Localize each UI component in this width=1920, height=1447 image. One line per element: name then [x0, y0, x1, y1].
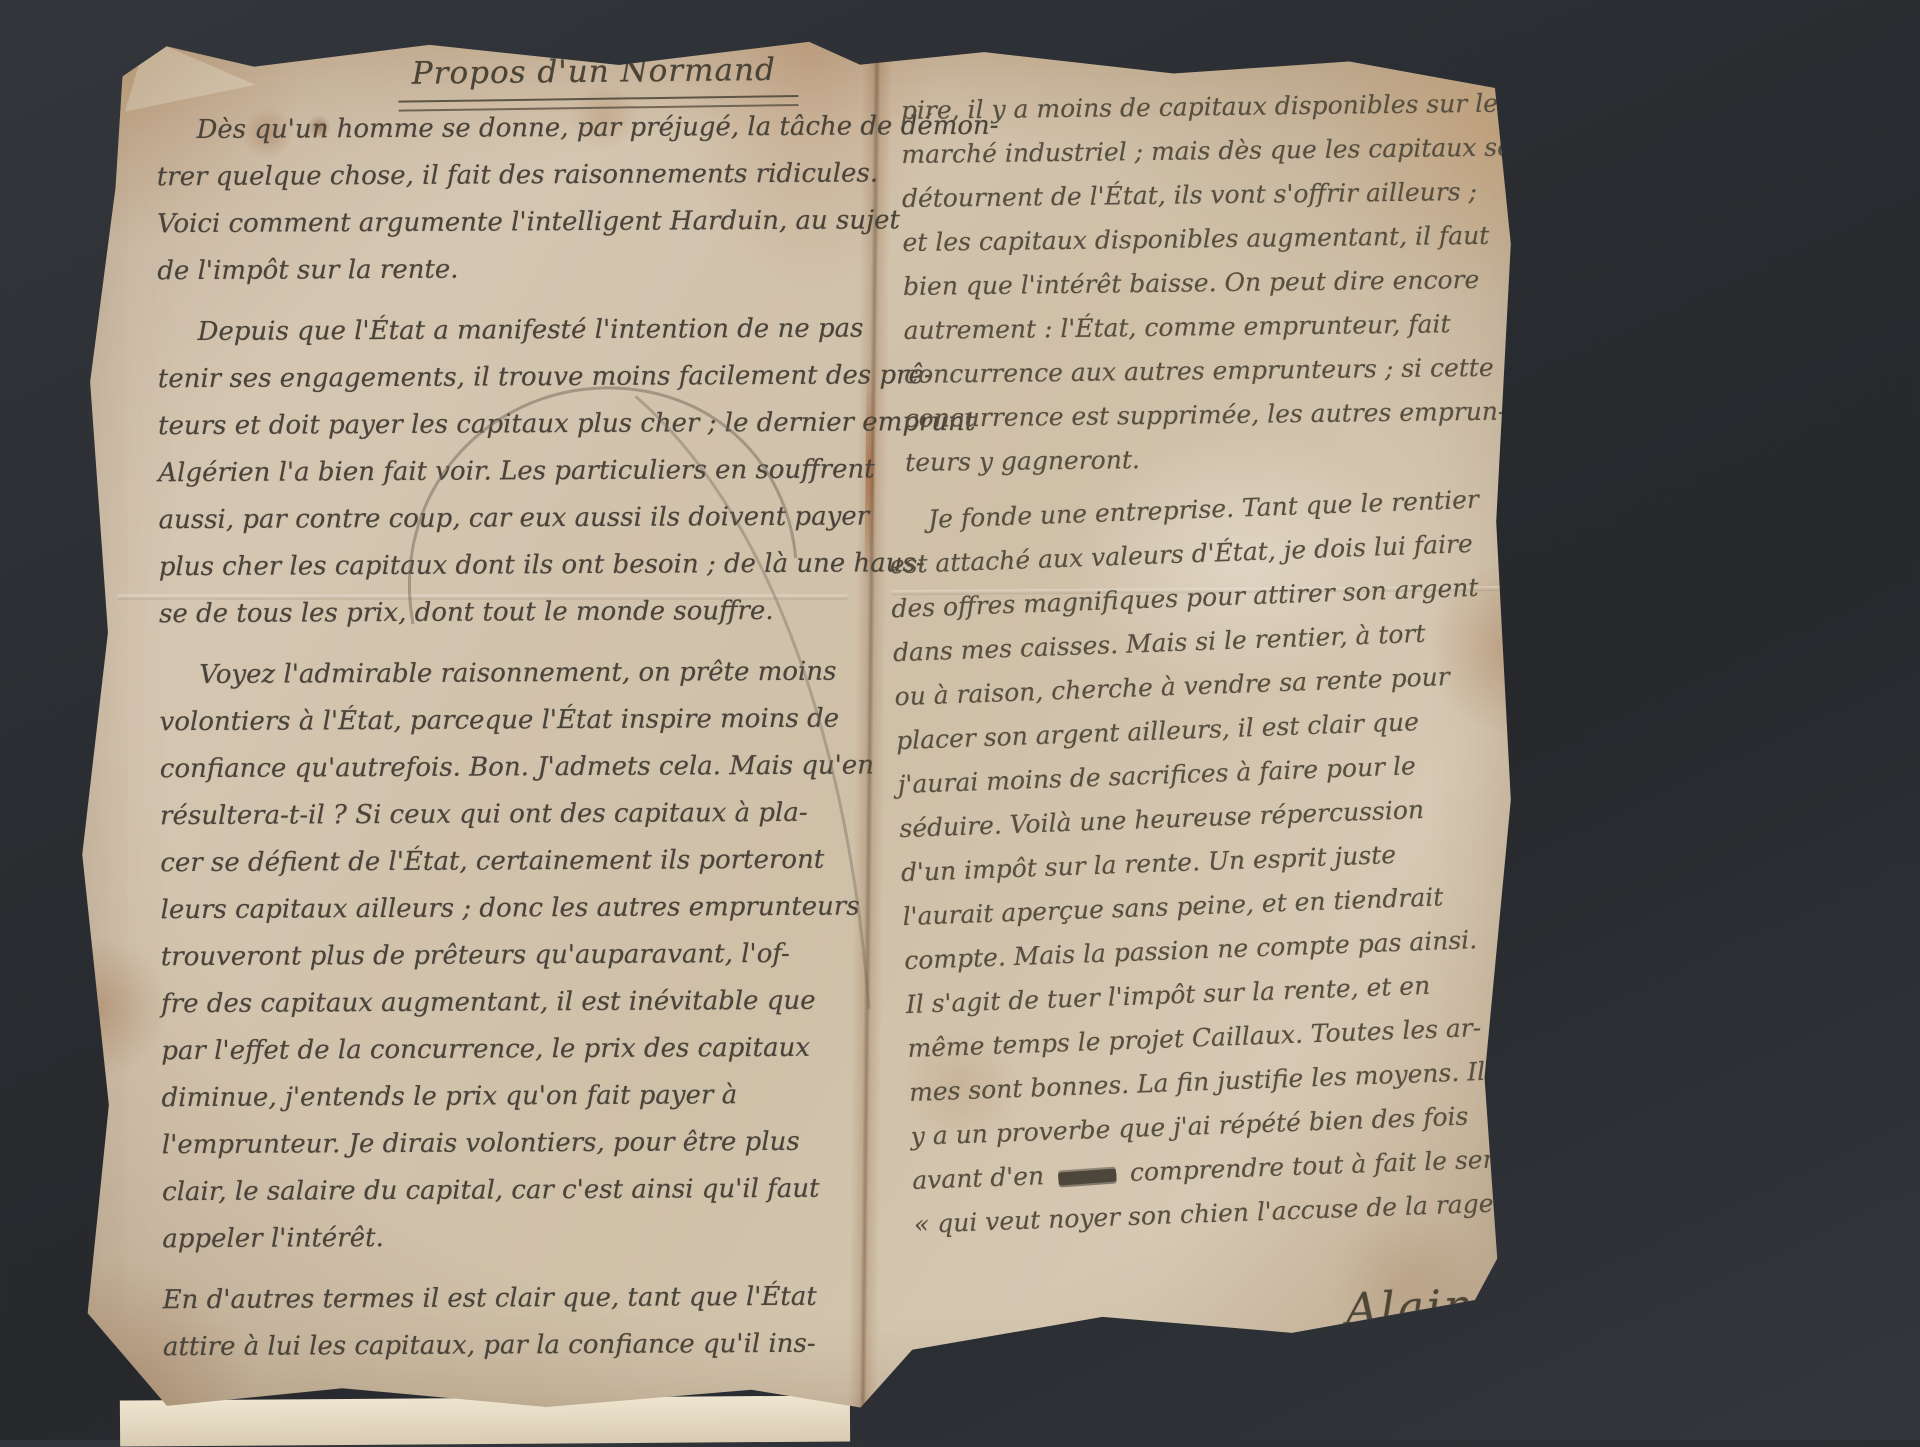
- handwritten-line: l'emprunteur. Je dirais volontiers, pour…: [162, 1118, 932, 1169]
- handwritten-line: tenir ses engagements, il trouve moins f…: [158, 352, 928, 403]
- paragraph: Depuis que l'État a manifesté l'intentio…: [157, 305, 929, 638]
- handwritten-line: Dès qu'un homme se donne, par préjugé, l…: [156, 103, 926, 154]
- handwritten-line: détournent de l'État, ils vont s'offrir …: [902, 169, 1522, 221]
- handwritten-line: plus cher les capitaux dont ils ont beso…: [159, 540, 929, 591]
- handwritten-line: Algérien l'a bien fait voir. Les particu…: [158, 446, 928, 497]
- handwritten-line: teurs et doit payer les capitaux plus ch…: [158, 399, 928, 450]
- handwritten-line: concurrence aux autres emprunteurs ; si …: [904, 345, 1524, 397]
- paragraph: Je fonde une entreprise. Tant que le ren…: [887, 477, 1534, 1247]
- handwritten-line: se de tous les prix, dont tout le monde …: [159, 587, 929, 638]
- handwritten-line: cer se défient de l'État, certainement i…: [160, 836, 930, 887]
- handwritten-line: leurs capitaux ailleurs ; donc les autre…: [160, 883, 930, 934]
- letter-photo: Propos d'un Normand Dès qu'un homme se d…: [0, 0, 1920, 1440]
- handwritten-line: teurs y gagneront.: [905, 433, 1525, 485]
- handwritten-line: Voici comment argumente l'intelligent Ha…: [157, 197, 927, 248]
- handwritten-line: autrement : l'État, comme emprunteur, fa…: [903, 301, 1523, 353]
- handwritten-line: Voyez l'admirable raisonnement, on prête…: [159, 648, 929, 699]
- handwritten-line: trer quelque chose, il fait des raisonne…: [157, 150, 927, 201]
- handwritten-line: marché industriel ; mais dès que les cap…: [901, 125, 1521, 177]
- handwritten-line: Depuis que l'État a manifesté l'intentio…: [157, 305, 927, 356]
- handwritten-line: et les capitaux disponibles augmentant, …: [902, 213, 1522, 265]
- handwritten-line: En d'autres termes il est clair que, tan…: [163, 1273, 933, 1324]
- letter-paper: Propos d'un Normand Dès qu'un homme se d…: [65, 20, 1539, 1425]
- handwritten-line: attire à lui les capitaux, par la confia…: [163, 1320, 933, 1371]
- handwritten-line: concurrence est supprimée, les autres em…: [904, 389, 1524, 441]
- handwritten-line: par l'effet de la concurrence, le prix d…: [161, 1024, 931, 1075]
- handwritten-line: aussi, par contre coup, car eux aussi il…: [158, 493, 928, 544]
- handwritten-line: résultera-t-il ? Si ceux qui ont des cap…: [160, 789, 930, 840]
- handwritten-line: clair, le salaire du capital, car c'est …: [162, 1165, 932, 1216]
- handwritten-line: volontiers à l'État, parceque l'État ins…: [160, 695, 930, 746]
- handwritten-line: bien que l'intérêt baisse. On peut dire …: [903, 257, 1523, 309]
- paragraph: Voyez l'admirable raisonnement, on prête…: [159, 648, 932, 1263]
- under-page-edge: [120, 1395, 850, 1440]
- corner-fold: [125, 38, 256, 113]
- handwritten-line: pire, il y a moins de capitaux disponibl…: [901, 81, 1521, 133]
- signature: Alain: [1345, 1280, 1476, 1335]
- page-right: pire, il y a moins de capitaux disponibl…: [901, 81, 1535, 1260]
- handwritten-line: de l'impôt sur la rente.: [157, 244, 927, 295]
- handwritten-line: appeler l'intérêt.: [162, 1212, 932, 1263]
- paragraph: pire, il y a moins de capitaux disponibl…: [901, 81, 1526, 485]
- page-left: Dès qu'un homme se donne, par préjugé, l…: [156, 103, 933, 1385]
- handwritten-line: trouveront plus de prêteurs qu'auparavan…: [161, 930, 931, 981]
- paragraph: En d'autres termes il est clair que, tan…: [163, 1273, 933, 1371]
- handwritten-line: diminue, j'entends le prix qu'on fait pa…: [161, 1071, 931, 1122]
- handwritten-line: fre des capitaux augmentant, il est inév…: [161, 977, 931, 1028]
- handwritten-line: confiance qu'autrefois. Bon. J'admets ce…: [160, 742, 930, 793]
- paragraph: Dès qu'un homme se donne, par préjugé, l…: [156, 103, 927, 295]
- crossed-out-word: [1058, 1168, 1117, 1185]
- letter-title: Propos d'un Normand: [379, 52, 809, 93]
